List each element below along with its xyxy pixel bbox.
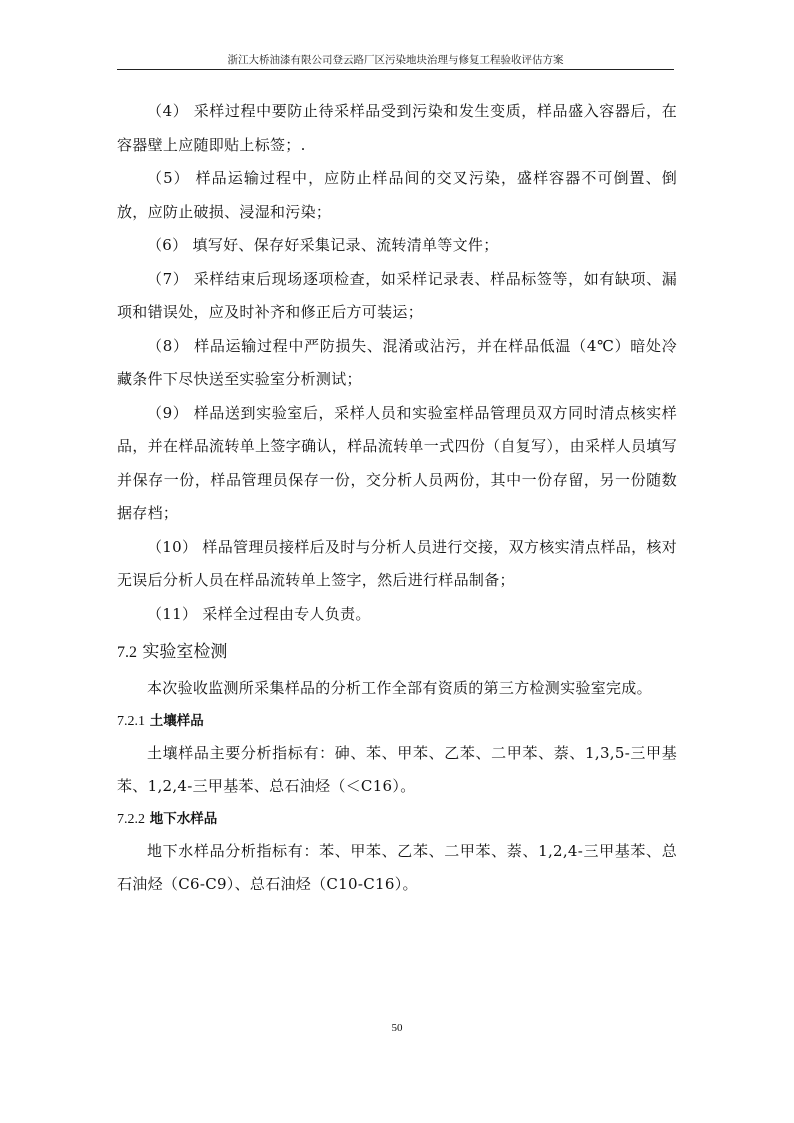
section-title: 土壤样品 [150,713,204,729]
item-text: 填写好、保存好采集记录、流转清单等文件； [187,236,498,254]
section-7-2-2-text: 地下水样品分析指标有：苯、甲苯、乙苯、二甲苯、萘、1,2,4-三甲基苯、总石油烃… [117,835,677,902]
item-number: （10） [147,538,197,556]
item-number: （8） [147,337,189,355]
item-text: 采样过程中要防止待采样品受到污染和发生变质，样品盛入容器后，在容器壁上应随即贴上… [117,102,677,154]
item-number: （11） [147,605,197,623]
list-item-4: （4） 采样过程中要防止待采样品受到污染和发生变质，样品盛入容器后，在容器壁上应… [117,95,677,162]
list-item-6: （6） 填写好、保存好采集记录、流转清单等文件； [117,229,677,263]
section-number: 7.2 [117,644,137,661]
running-header: 浙江大桥油漆有限公司登云路厂区污染地块治理与修复工程验收评估方案 [117,52,674,67]
section-heading-7-2: 7.2 实验室检测 [117,635,677,670]
list-item-8: （8） 样品运输过程中严防损失、混淆或沾污，并在样品低温（4℃）暗处冷藏条件下尽… [117,330,677,397]
list-item-5: （5） 样品运输过程中，应防止样品间的交叉污染，盛样容器不可倒置、倒放，应防止破… [117,162,677,229]
section-heading-7-2-2: 7.2.2 地下水样品 [117,804,677,835]
item-text: 样品运输过程中严防损失、混淆或沾污，并在样品低温（4℃）暗处冷藏条件下尽快送至实… [117,337,677,389]
list-item-11: （11） 采样全过程由专人负责。 [117,598,677,632]
list-item-7: （7） 采样结束后现场逐项检查，如采样记录表、样品标签等，如有缺项、漏项和错误处… [117,263,677,330]
item-text: 采样全过程由专人负责。 [197,605,370,623]
header-divider [117,69,674,70]
list-item-10: （10） 样品管理员接样后及时与分析人员进行交接，双方核实清点样品，核对无误后分… [117,531,677,598]
item-number: （4） [147,102,188,120]
section-title: 地下水样品 [150,811,218,827]
section-number: 7.2.2 [117,812,145,827]
item-text: 样品管理员接样后及时与分析人员进行交接，双方核实清点样品，核对无误后分析人员在样… [117,538,677,590]
list-item-9: （9） 样品送到实验室后，采样人员和实验室样品管理员双方同时清点核实样品，并在样… [117,397,677,531]
item-number: （5） [147,169,190,187]
document-body: （4） 采样过程中要防止待采样品受到污染和发生变质，样品盛入容器后，在容器壁上应… [117,95,677,902]
item-number: （7） [147,270,188,288]
section-7-2-intro: 本次验收监测所采集样品的分析工作全部有资质的第三方检测实验室完成。 [117,672,677,706]
section-number: 7.2.1 [117,714,145,729]
section-title: 实验室检测 [142,642,227,662]
item-number: （9） [147,404,188,422]
item-text: 样品送到实验室后，采样人员和实验室样品管理员双方同时清点核实样品，并在样品流转单… [117,404,677,523]
item-text: 样品运输过程中，应防止样品间的交叉污染，盛样容器不可倒置、倒放，应防止破损、浸湿… [117,169,677,221]
item-text: 采样结束后现场逐项检查，如采样记录表、样品标签等，如有缺项、漏项和错误处，应及时… [117,270,677,322]
item-number: （6） [147,236,187,254]
section-heading-7-2-1: 7.2.1 土壤样品 [117,706,677,737]
section-7-2-1-text: 土壤样品主要分析指标有：砷、苯、甲苯、乙苯、二甲苯、萘、1,3,5-三甲基苯、1… [117,737,677,804]
page-number: 50 [0,1022,794,1034]
